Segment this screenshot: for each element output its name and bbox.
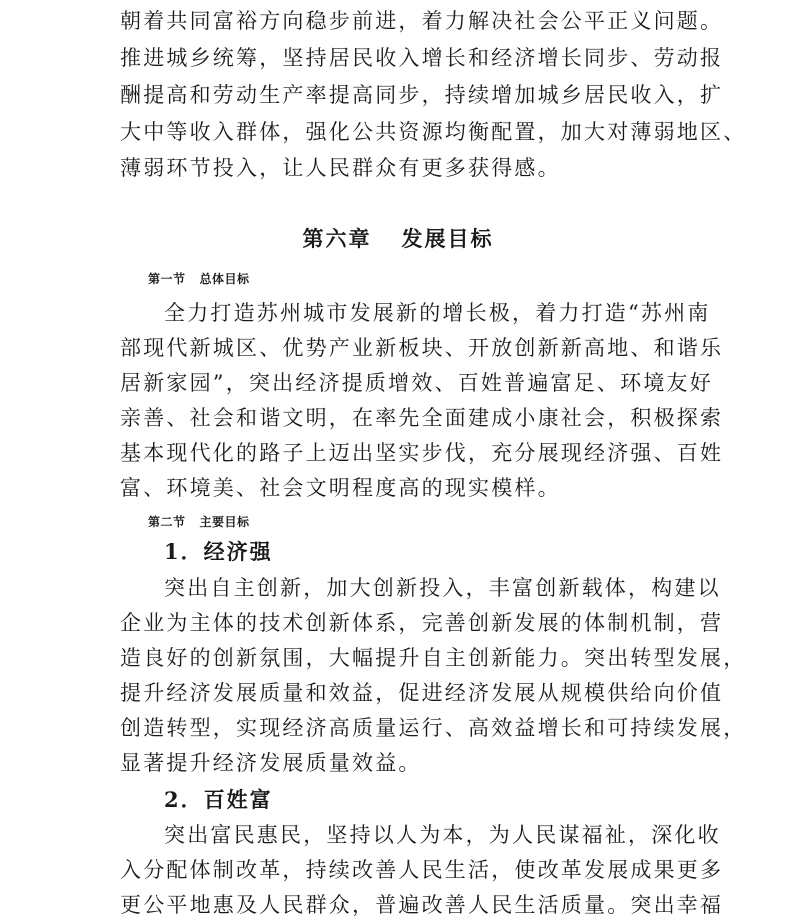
section-heading: 第二节主要目标 [148,513,250,531]
section-title: 主要目标 [200,515,250,529]
paragraph-line: 推进城乡统筹，坚持居民收入增长和经济增长同步、劳动报 [120,43,676,73]
paragraph-line: 富、环境美、社会文明程度高的现实模样。 [120,473,676,503]
section-heading: 第一节总体目标 [148,270,250,288]
chapter-number: 第六章 [303,226,372,251]
paragraph-line: 居新家园”，突出经济提质增效、百姓普遍富足、环境友好 [120,368,676,398]
paragraph-line: 部现代新城区、优势产业新板块、开放创新新高地、和谐乐 [120,333,676,363]
paragraph-line: 亲善、社会和谐文明，在率先全面建成小康社会，积极探索 [120,403,676,433]
paragraph-line: 显著提升经济发展质量效益。 [120,748,676,778]
paragraph-line: 创造转型，实现经济高质量运行、高效益增长和可持续发展， [120,713,676,743]
paragraph-line: 入分配体制改革，持续改善人民生活，使改革发展成果更多 [120,855,676,885]
chapter-heading: 第六章发展目标 [120,224,676,254]
chapter-title: 发展目标 [402,226,494,251]
paragraph-line: 提升经济发展质量和效益，促进经济发展从规模供给向价值 [120,678,676,708]
section-number: 第二节 [148,515,186,529]
paragraph-line: 薄弱环节投入，让人民群众有更多获得感。 [120,153,676,183]
paragraph-line: 企业为主体的技术创新体系，完善创新发展的体制机制，营 [120,608,676,638]
subheading: 1．经济强 [164,537,273,567]
paragraph-line: 全力打造苏州城市发展新的增长极，着力打造“苏州南 [120,298,676,328]
paragraph-line: 酬提高和劳动生产率提高同步，持续增加城乡居民收入，扩 [120,80,676,110]
section-number: 第一节 [148,272,186,286]
section-title: 总体目标 [200,272,250,286]
paragraph-line: 朝着共同富裕方向稳步前进，着力解决社会公平正义问题。 [120,6,676,36]
paragraph-line: 突出自主创新，加大创新投入，丰富创新载体，构建以 [120,573,676,603]
paragraph-line: 基本现代化的路子上迈出坚实步伐，充分展现经济强、百姓 [120,438,676,468]
subheading: 2．百姓富 [164,785,273,815]
paragraph-line: 更公平地惠及人民群众，普遍改善人民生活质量。突出幸福 [120,890,676,916]
paragraph-line: 大中等收入群体，强化公共资源均衡配置，加大对薄弱地区、 [120,117,676,147]
paragraph-line: 突出富民惠民，坚持以人为本，为人民谋福祉，深化收 [120,820,676,850]
paragraph-line: 造良好的创新氛围，大幅提升自主创新能力。突出转型发展， [120,643,676,673]
